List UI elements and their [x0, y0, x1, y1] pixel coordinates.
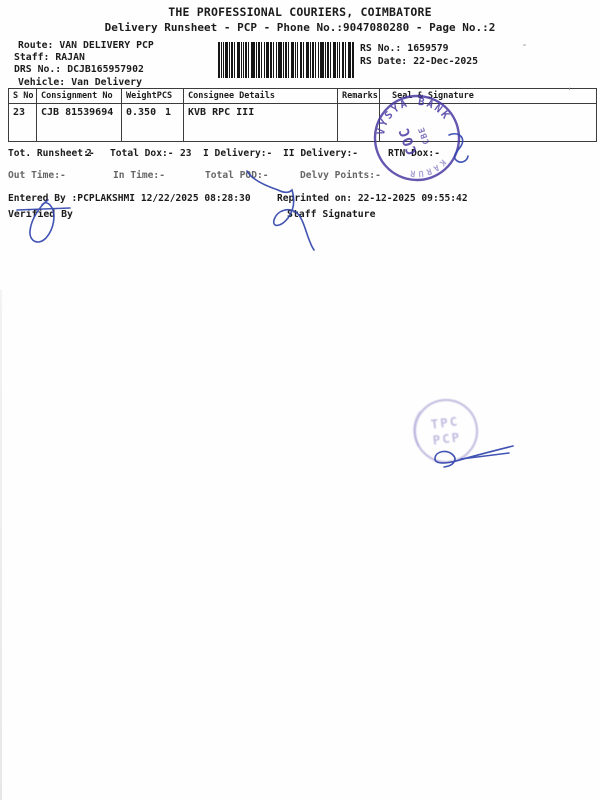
row-cell-weight-pcs: 0.350 1 [122, 104, 184, 141]
total-runsheet-value: 2 [86, 148, 92, 159]
drs-value: DCJB165957902 [67, 64, 144, 76]
route-value: VAN DELIVERY PCP [59, 40, 153, 52]
out-time-label: Out Time:- [8, 170, 66, 181]
row-cell-s-no: 23 [9, 104, 37, 141]
verified-by-label: Verified By [8, 209, 73, 220]
rs-date-line: RS Date: 22-Dec-2025 [360, 56, 478, 68]
entered-by-line: Entered By :PCPLAKSHMI 12/22/2025 08:28:… [8, 193, 251, 204]
rs-number-value: 1659579 [407, 43, 448, 55]
staff-value: RAJAN [55, 52, 85, 64]
rs-number-line: RS No.: 1659579 [360, 43, 449, 55]
rs-number-label: RS No.: [360, 43, 401, 55]
total-pod-label: Total POD:- [205, 170, 269, 181]
rs-date-value: 22-Dec-2025 [413, 56, 478, 68]
total-runsheet-label: Tot. Runsheet:- [8, 148, 95, 159]
col-header-pcs: PCS [157, 91, 172, 103]
bank-stamp: VYSYA BANK KARUR COC CBE [371, 92, 463, 184]
scan-artifact-speck [523, 44, 526, 46]
in-time-label: In Time:- [113, 170, 165, 181]
rs-date-label: RS Date: [360, 56, 407, 68]
doc-title: THE PROFESSIONAL COURIERS, COIMBATORE [0, 5, 600, 19]
pcp-stamp-line2: PCP [432, 429, 462, 447]
row-cell-pcs: 1 [165, 107, 171, 141]
row-cell-consignee: KVB RPC III [184, 104, 338, 141]
col-header-s-no: S No [9, 89, 37, 104]
total-dox-value: 23 [180, 148, 192, 159]
signature-verified-by [30, 200, 54, 242]
col-header-consignment-no: Consignment No [37, 89, 122, 104]
total-runsheet: Tot. Runsheet:- [8, 148, 95, 159]
drs-label: DRS No.: [14, 64, 61, 76]
scan-edge-shadow [0, 290, 2, 800]
runsheet-document: THE PROFESSIONAL COURIERS, COIMBATORE De… [0, 0, 600, 800]
row-cell-weight: 0.350 [126, 107, 156, 141]
route-line: Route: VAN DELIVERY PCP [18, 40, 154, 52]
row-cell-consignment-no: CJB 81539694 [37, 104, 122, 141]
route-label: Route: [18, 40, 53, 52]
ii-delivery-label: II Delivery:- [283, 148, 358, 159]
consignment-table: S No Consignment No Weight PCS Consignee… [8, 88, 597, 142]
doc-subtitle: Delivery Runsheet - PCP - Phone No.:9047… [0, 21, 600, 34]
bank-stamp-center-subtext: CBE [417, 125, 433, 146]
total-dox-label: Total Dox:- [110, 148, 174, 159]
col-header-consignee-details: Consignee Details [184, 89, 338, 104]
i-delivery-label: I Delivery:- [203, 148, 272, 159]
col-header-weight-pcs: Weight PCS [122, 89, 184, 104]
drs-line: DRS No.: DCJB165957902 [14, 64, 144, 76]
staff-label: Staff: [14, 52, 49, 64]
staff-signature-label: Staff Signature [287, 209, 375, 220]
pcp-stamp: TPC PCP [404, 389, 488, 473]
drs-barcode-icon [218, 42, 355, 78]
reprinted-on-line: Reprinted on: 22-12-2025 09:55:42 [277, 193, 468, 204]
staff-line: Staff: RAJAN [14, 52, 85, 64]
col-header-weight: Weight [126, 91, 157, 103]
delvy-points-label: Delvy Points:- [300, 170, 381, 181]
